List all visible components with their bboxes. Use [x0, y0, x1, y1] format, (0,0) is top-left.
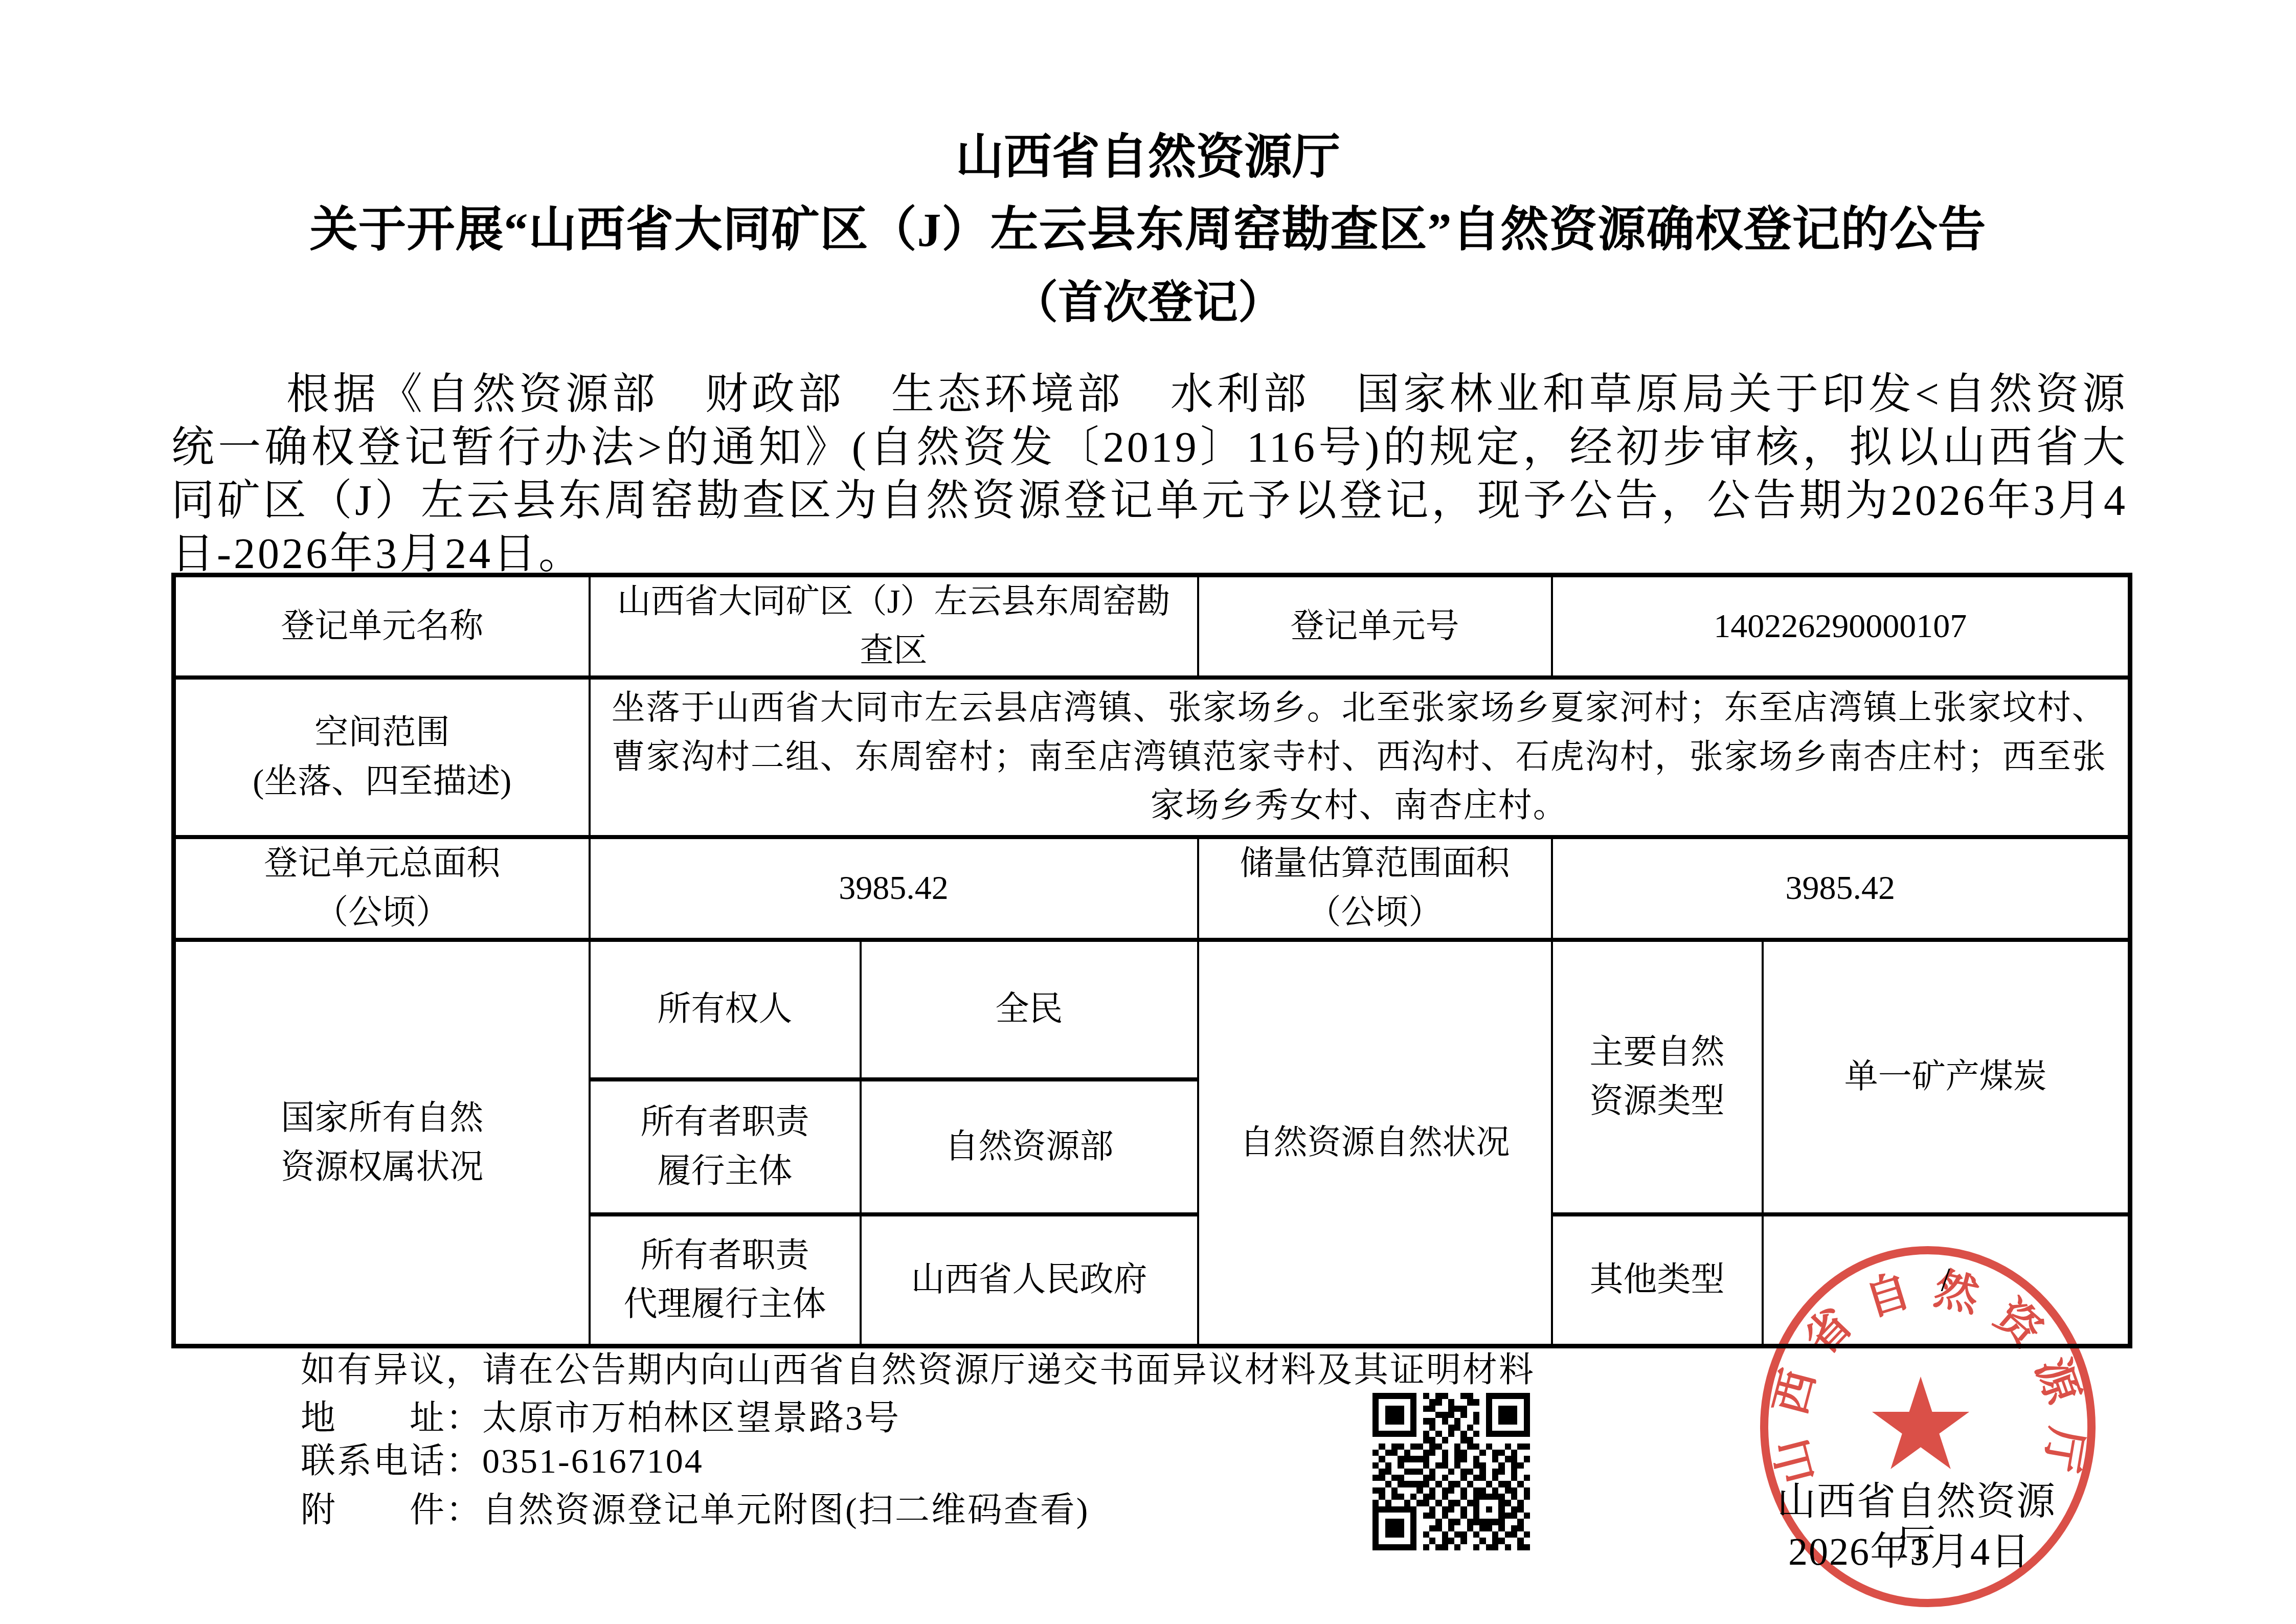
qr-module [1435, 1437, 1442, 1443]
qr-module [1398, 1399, 1404, 1405]
qr-module [1460, 1431, 1467, 1437]
qr-module [1498, 1399, 1504, 1405]
qr-module [1486, 1519, 1492, 1525]
qr-module [1524, 1450, 1530, 1456]
qr-module [1473, 1437, 1479, 1443]
qr-module [1385, 1544, 1391, 1550]
qr-module [1404, 1406, 1410, 1412]
qr-module [1435, 1513, 1442, 1519]
qr-module [1423, 1487, 1429, 1494]
qr-module [1385, 1462, 1391, 1469]
qr-module [1460, 1544, 1467, 1550]
qr-module [1429, 1538, 1435, 1544]
qr-module [1429, 1418, 1435, 1424]
qr-module [1404, 1487, 1410, 1494]
qr-module [1517, 1425, 1523, 1431]
qr-module [1404, 1399, 1410, 1405]
qr-module [1473, 1393, 1479, 1399]
qr-module [1398, 1406, 1404, 1412]
qr-module [1404, 1418, 1410, 1424]
qr-module [1492, 1519, 1498, 1525]
qr-module [1498, 1418, 1504, 1424]
qr-module [1429, 1431, 1435, 1437]
qr-module [1486, 1469, 1492, 1475]
qr-module [1423, 1506, 1429, 1513]
qr-module [1505, 1475, 1511, 1481]
qr-module [1372, 1519, 1379, 1525]
qr-module [1511, 1525, 1517, 1531]
qr-module [1429, 1531, 1435, 1538]
qr-module [1416, 1525, 1423, 1531]
qr-module [1372, 1431, 1379, 1437]
qr-module [1479, 1475, 1485, 1481]
qr-module [1385, 1393, 1391, 1399]
qr-module [1524, 1431, 1530, 1437]
qr-module [1391, 1450, 1398, 1456]
qr-module [1498, 1437, 1504, 1443]
qr-module [1385, 1500, 1391, 1506]
qr-module [1486, 1544, 1492, 1550]
qr-module [1505, 1450, 1511, 1456]
qr-module [1435, 1425, 1442, 1431]
qr-module [1479, 1481, 1485, 1487]
table-row: 空间范围 (坐落、四至描述) 坐落于山西省大同市左云县店湾镇、张家场乡。北至张家… [174, 678, 2130, 837]
qr-module [1385, 1406, 1391, 1412]
qr-module [1498, 1538, 1504, 1544]
qr-module [1524, 1525, 1530, 1531]
qr-module [1524, 1513, 1530, 1519]
qr-module [1398, 1494, 1404, 1500]
qr-module [1404, 1538, 1410, 1544]
qr-module [1435, 1399, 1442, 1405]
qr-module [1442, 1506, 1448, 1513]
qr-module [1398, 1437, 1404, 1443]
qr-module [1391, 1513, 1398, 1519]
qr-module [1517, 1519, 1523, 1525]
qr-module [1511, 1475, 1517, 1481]
qr-module [1454, 1399, 1460, 1405]
qr-module [1492, 1456, 1498, 1462]
qr-module [1442, 1393, 1448, 1399]
qr-module [1498, 1393, 1504, 1399]
qr-module [1423, 1531, 1429, 1538]
qr-module [1511, 1450, 1517, 1456]
qr-module [1435, 1519, 1442, 1525]
qr-module [1467, 1412, 1473, 1418]
qr-module [1486, 1487, 1492, 1494]
qr-module [1423, 1538, 1429, 1544]
qr-module [1524, 1425, 1530, 1431]
qr-module [1511, 1462, 1517, 1469]
qr-module [1524, 1544, 1530, 1550]
unit-no-value: 140226290000107 [1552, 575, 2130, 678]
qr-module [1498, 1443, 1504, 1450]
qr-module [1454, 1544, 1460, 1550]
qr-module [1391, 1531, 1398, 1538]
qr-module [1517, 1437, 1523, 1443]
qr-module [1410, 1431, 1416, 1437]
qr-module [1379, 1406, 1385, 1412]
qr-module [1517, 1393, 1523, 1399]
qr-module [1511, 1487, 1517, 1494]
qr-module [1448, 1443, 1454, 1450]
qr-module [1486, 1437, 1492, 1443]
qr-module [1372, 1450, 1379, 1456]
qr-module [1435, 1406, 1442, 1412]
qr-module [1448, 1418, 1454, 1424]
qr-module [1448, 1494, 1454, 1500]
qr-module [1429, 1393, 1435, 1399]
qr-module [1492, 1443, 1498, 1450]
qr-module [1385, 1443, 1391, 1450]
qr-module [1404, 1500, 1410, 1506]
qr-module [1486, 1456, 1492, 1462]
qr-module [1473, 1431, 1479, 1437]
qr-module [1467, 1494, 1473, 1500]
qr-module [1486, 1406, 1492, 1412]
nature-label: 自然资源自然状况 [1198, 940, 1552, 1346]
footer-address: 地 址：太原市万柏林区望景路3号 [301, 1399, 901, 1437]
qr-module [1442, 1481, 1448, 1487]
qr-module [1524, 1481, 1530, 1487]
qr-module [1410, 1469, 1416, 1475]
qr-module [1423, 1462, 1429, 1469]
qr-module [1379, 1494, 1385, 1500]
qr-module [1372, 1412, 1379, 1418]
qr-module [1498, 1506, 1504, 1513]
qr-module [1416, 1393, 1423, 1399]
qr-module [1454, 1393, 1460, 1399]
qr-module [1423, 1450, 1429, 1456]
qr-module [1379, 1475, 1385, 1481]
qr-module [1517, 1487, 1523, 1494]
qr-module [1511, 1443, 1517, 1450]
qr-module [1448, 1399, 1454, 1405]
qr-module [1460, 1538, 1467, 1544]
qr-module [1498, 1469, 1504, 1475]
qr-module [1486, 1525, 1492, 1531]
qr-module [1517, 1443, 1523, 1450]
qr-module [1454, 1506, 1460, 1513]
qr-module [1372, 1481, 1379, 1487]
qr-module [1498, 1462, 1504, 1469]
qr-module [1479, 1399, 1485, 1405]
qr-module [1517, 1475, 1523, 1481]
agent-value: 山西省人民政府 [861, 1214, 1198, 1346]
qr-module [1391, 1506, 1398, 1513]
qr-module [1442, 1412, 1448, 1418]
qr-module [1511, 1506, 1517, 1513]
qr-module [1429, 1437, 1435, 1443]
qr-module [1454, 1487, 1460, 1494]
qr-module [1404, 1544, 1410, 1550]
qr-module [1479, 1513, 1485, 1519]
qr-module [1372, 1399, 1379, 1405]
qr-module [1524, 1443, 1530, 1450]
qr-module [1398, 1425, 1404, 1431]
qr-module [1398, 1431, 1404, 1437]
qr-module [1454, 1406, 1460, 1412]
qr-module [1498, 1519, 1504, 1525]
footer-attachment: 附 件：自然资源登记单元附图(扫二维码查看) [301, 1491, 1089, 1529]
qr-module [1442, 1431, 1448, 1437]
qr-module [1379, 1487, 1385, 1494]
qr-module [1498, 1513, 1504, 1519]
qr-module [1460, 1450, 1467, 1456]
qr-module [1448, 1531, 1454, 1538]
qr-module [1524, 1500, 1530, 1506]
qr-module [1391, 1431, 1398, 1437]
qr-module [1423, 1494, 1429, 1500]
qr-module [1473, 1456, 1479, 1462]
qr-module [1429, 1519, 1435, 1525]
qr-module [1435, 1525, 1442, 1531]
qr-module [1467, 1500, 1473, 1506]
qr-module [1448, 1412, 1454, 1418]
qr-module [1505, 1494, 1511, 1500]
qr-module [1460, 1462, 1467, 1469]
qr-module [1492, 1406, 1498, 1412]
qr-module [1416, 1544, 1423, 1550]
announcement-title: 关于开展“山西省大同矿区（J）左云县东周窑勘查区”自然资源确权登记的公告 [0, 204, 2296, 257]
qr-module [1517, 1456, 1523, 1462]
qr-module [1467, 1393, 1473, 1399]
main-type-label: 主要自然 资源类型 [1552, 940, 1763, 1214]
qr-module [1435, 1481, 1442, 1487]
qr-module [1379, 1450, 1385, 1456]
seal-star-icon [1872, 1377, 1969, 1469]
qr-module [1385, 1456, 1391, 1462]
qr-module [1473, 1519, 1479, 1525]
qr-module [1486, 1399, 1492, 1405]
qr-module [1416, 1431, 1423, 1437]
qr-module [1511, 1418, 1517, 1424]
qr-module [1398, 1450, 1404, 1456]
qr-module [1372, 1418, 1379, 1424]
qr-module [1435, 1487, 1442, 1494]
qr-module [1429, 1469, 1435, 1475]
qr-module [1429, 1399, 1435, 1405]
qr-module [1435, 1412, 1442, 1418]
qr-module [1473, 1494, 1479, 1500]
qr-module [1385, 1437, 1391, 1443]
qr-module [1416, 1481, 1423, 1487]
qr-module [1517, 1469, 1523, 1475]
qr-module [1410, 1538, 1416, 1544]
qr-module [1372, 1531, 1379, 1538]
qr-module [1398, 1538, 1404, 1544]
qr-module [1467, 1481, 1473, 1487]
qr-module [1448, 1475, 1454, 1481]
qr-module [1492, 1462, 1498, 1469]
table-row: 国家所有自然 资源权属状况 所有权人 全民 自然资源自然状况 主要自然 资源类型… [174, 940, 2130, 1079]
qr-module [1511, 1406, 1517, 1412]
unit-name-value: 山西省大同矿区（J）左云县东周窑勘查区 [590, 575, 1198, 678]
qr-module [1379, 1412, 1385, 1418]
qr-module [1423, 1406, 1429, 1412]
qr-module [1524, 1469, 1530, 1475]
qr-module [1454, 1513, 1460, 1519]
qr-module [1505, 1538, 1511, 1544]
qr-module [1410, 1412, 1416, 1418]
qr-module [1524, 1418, 1530, 1424]
qr-module [1511, 1399, 1517, 1405]
qr-module [1435, 1456, 1442, 1462]
qr-module [1423, 1519, 1429, 1525]
qr-module [1486, 1450, 1492, 1456]
qr-module [1435, 1393, 1442, 1399]
qr-module [1524, 1406, 1530, 1412]
qr-module [1460, 1456, 1467, 1462]
qr-module [1486, 1431, 1492, 1437]
qr-module [1442, 1519, 1448, 1525]
qr-module [1435, 1538, 1442, 1544]
qr-module [1524, 1462, 1530, 1469]
qr-module [1460, 1487, 1467, 1494]
qr-module [1379, 1425, 1385, 1431]
qr-module [1379, 1500, 1385, 1506]
qr-module [1479, 1456, 1485, 1462]
qr-module [1517, 1531, 1523, 1538]
qr-module [1385, 1531, 1391, 1538]
qr-module [1486, 1481, 1492, 1487]
qr-module [1372, 1506, 1379, 1513]
qr-module [1385, 1431, 1391, 1437]
qr-module [1391, 1399, 1398, 1405]
qr-module [1423, 1431, 1429, 1437]
qr-module [1391, 1469, 1398, 1475]
qr-module [1511, 1513, 1517, 1519]
qr-module [1416, 1456, 1423, 1462]
registration-table: 登记单元名称 山西省大同矿区（J）左云县东周窑勘查区 登记单元号 1402262… [171, 573, 2132, 1348]
qr-module [1379, 1431, 1385, 1437]
qr-module [1385, 1469, 1391, 1475]
qr-module [1423, 1469, 1429, 1475]
qr-module [1379, 1481, 1385, 1487]
qr-module [1398, 1500, 1404, 1506]
qr-module [1511, 1544, 1517, 1550]
qr-module [1479, 1500, 1485, 1506]
qr-module [1442, 1500, 1448, 1506]
qr-module [1517, 1399, 1523, 1405]
qr-module [1517, 1431, 1523, 1437]
qr-module [1498, 1525, 1504, 1531]
qr-module [1410, 1513, 1416, 1519]
qr-module [1442, 1487, 1448, 1494]
qr-module [1479, 1544, 1485, 1550]
qr-module [1511, 1393, 1517, 1399]
qr-module [1391, 1544, 1398, 1550]
qr-module [1423, 1393, 1429, 1399]
qr-module [1398, 1462, 1404, 1469]
qr-module [1398, 1456, 1404, 1462]
qr-module [1448, 1519, 1454, 1525]
qr-module [1429, 1450, 1435, 1456]
qr-module [1460, 1519, 1467, 1525]
qr-module [1454, 1437, 1460, 1443]
qr-module [1517, 1538, 1523, 1544]
qr-module [1404, 1513, 1410, 1519]
qr-module [1442, 1525, 1448, 1531]
qr-module [1524, 1475, 1530, 1481]
qr-module [1505, 1513, 1511, 1519]
qr-module [1448, 1450, 1454, 1456]
qr-module [1479, 1506, 1485, 1513]
table-row: 登记单元名称 山西省大同矿区（J）左云县东周窑勘查区 登记单元号 1402262… [174, 575, 2130, 678]
qr-module [1423, 1544, 1429, 1550]
qr-module [1479, 1412, 1485, 1418]
qr-module [1404, 1469, 1410, 1475]
qr-module [1442, 1456, 1448, 1462]
qr-module [1505, 1399, 1511, 1405]
qr-module [1448, 1525, 1454, 1531]
qr-module [1391, 1481, 1398, 1487]
qr-module [1486, 1425, 1492, 1431]
qr-module [1473, 1425, 1479, 1431]
footer-objection: 如有异议，请在公告期内向山西省自然资源厅递交书面异议材料及其证明材料 [301, 1351, 1535, 1389]
qr-module [1454, 1531, 1460, 1538]
qr-module [1391, 1494, 1398, 1500]
qr-module [1473, 1475, 1479, 1481]
qr-module [1423, 1412, 1429, 1418]
qr-module [1379, 1399, 1385, 1405]
qr-module [1435, 1544, 1442, 1550]
qr-module [1379, 1393, 1385, 1399]
qr-module [1404, 1531, 1410, 1538]
qr-module [1442, 1443, 1448, 1450]
qr-module [1467, 1406, 1473, 1412]
qr-module [1492, 1531, 1498, 1538]
qr-module [1511, 1469, 1517, 1475]
qr-module [1442, 1538, 1448, 1544]
qr-module [1467, 1544, 1473, 1550]
qr-module [1435, 1462, 1442, 1469]
qr-module [1391, 1538, 1398, 1544]
qr-module [1473, 1443, 1479, 1450]
qr-module [1410, 1475, 1416, 1481]
qr-module [1460, 1406, 1467, 1412]
qr-module [1479, 1437, 1485, 1443]
qr-module [1517, 1406, 1523, 1412]
qr-module [1524, 1399, 1530, 1405]
qr-module [1398, 1469, 1404, 1475]
qr-module [1391, 1418, 1398, 1424]
qr-module [1391, 1437, 1398, 1443]
qr-module [1448, 1469, 1454, 1475]
qr-module [1454, 1519, 1460, 1525]
qr-module [1442, 1544, 1448, 1550]
qr-module [1385, 1399, 1391, 1405]
qr-module [1442, 1425, 1448, 1431]
qr-module [1372, 1469, 1379, 1475]
qr-module [1404, 1431, 1410, 1437]
qr-module [1492, 1506, 1498, 1513]
qr-module [1511, 1425, 1517, 1431]
qr-module [1511, 1519, 1517, 1525]
qr-module [1479, 1525, 1485, 1531]
qr-module [1492, 1469, 1498, 1475]
qr-module [1460, 1425, 1467, 1431]
qr-module [1473, 1544, 1479, 1550]
qr-module [1429, 1462, 1435, 1469]
qr-module [1492, 1544, 1498, 1550]
qr-module [1391, 1519, 1398, 1525]
qr-module [1435, 1506, 1442, 1513]
qr-module [1429, 1487, 1435, 1494]
qr-module [1473, 1412, 1479, 1418]
qr-module [1410, 1525, 1416, 1531]
agent-label: 所有者职责 代理履行主体 [590, 1214, 861, 1346]
